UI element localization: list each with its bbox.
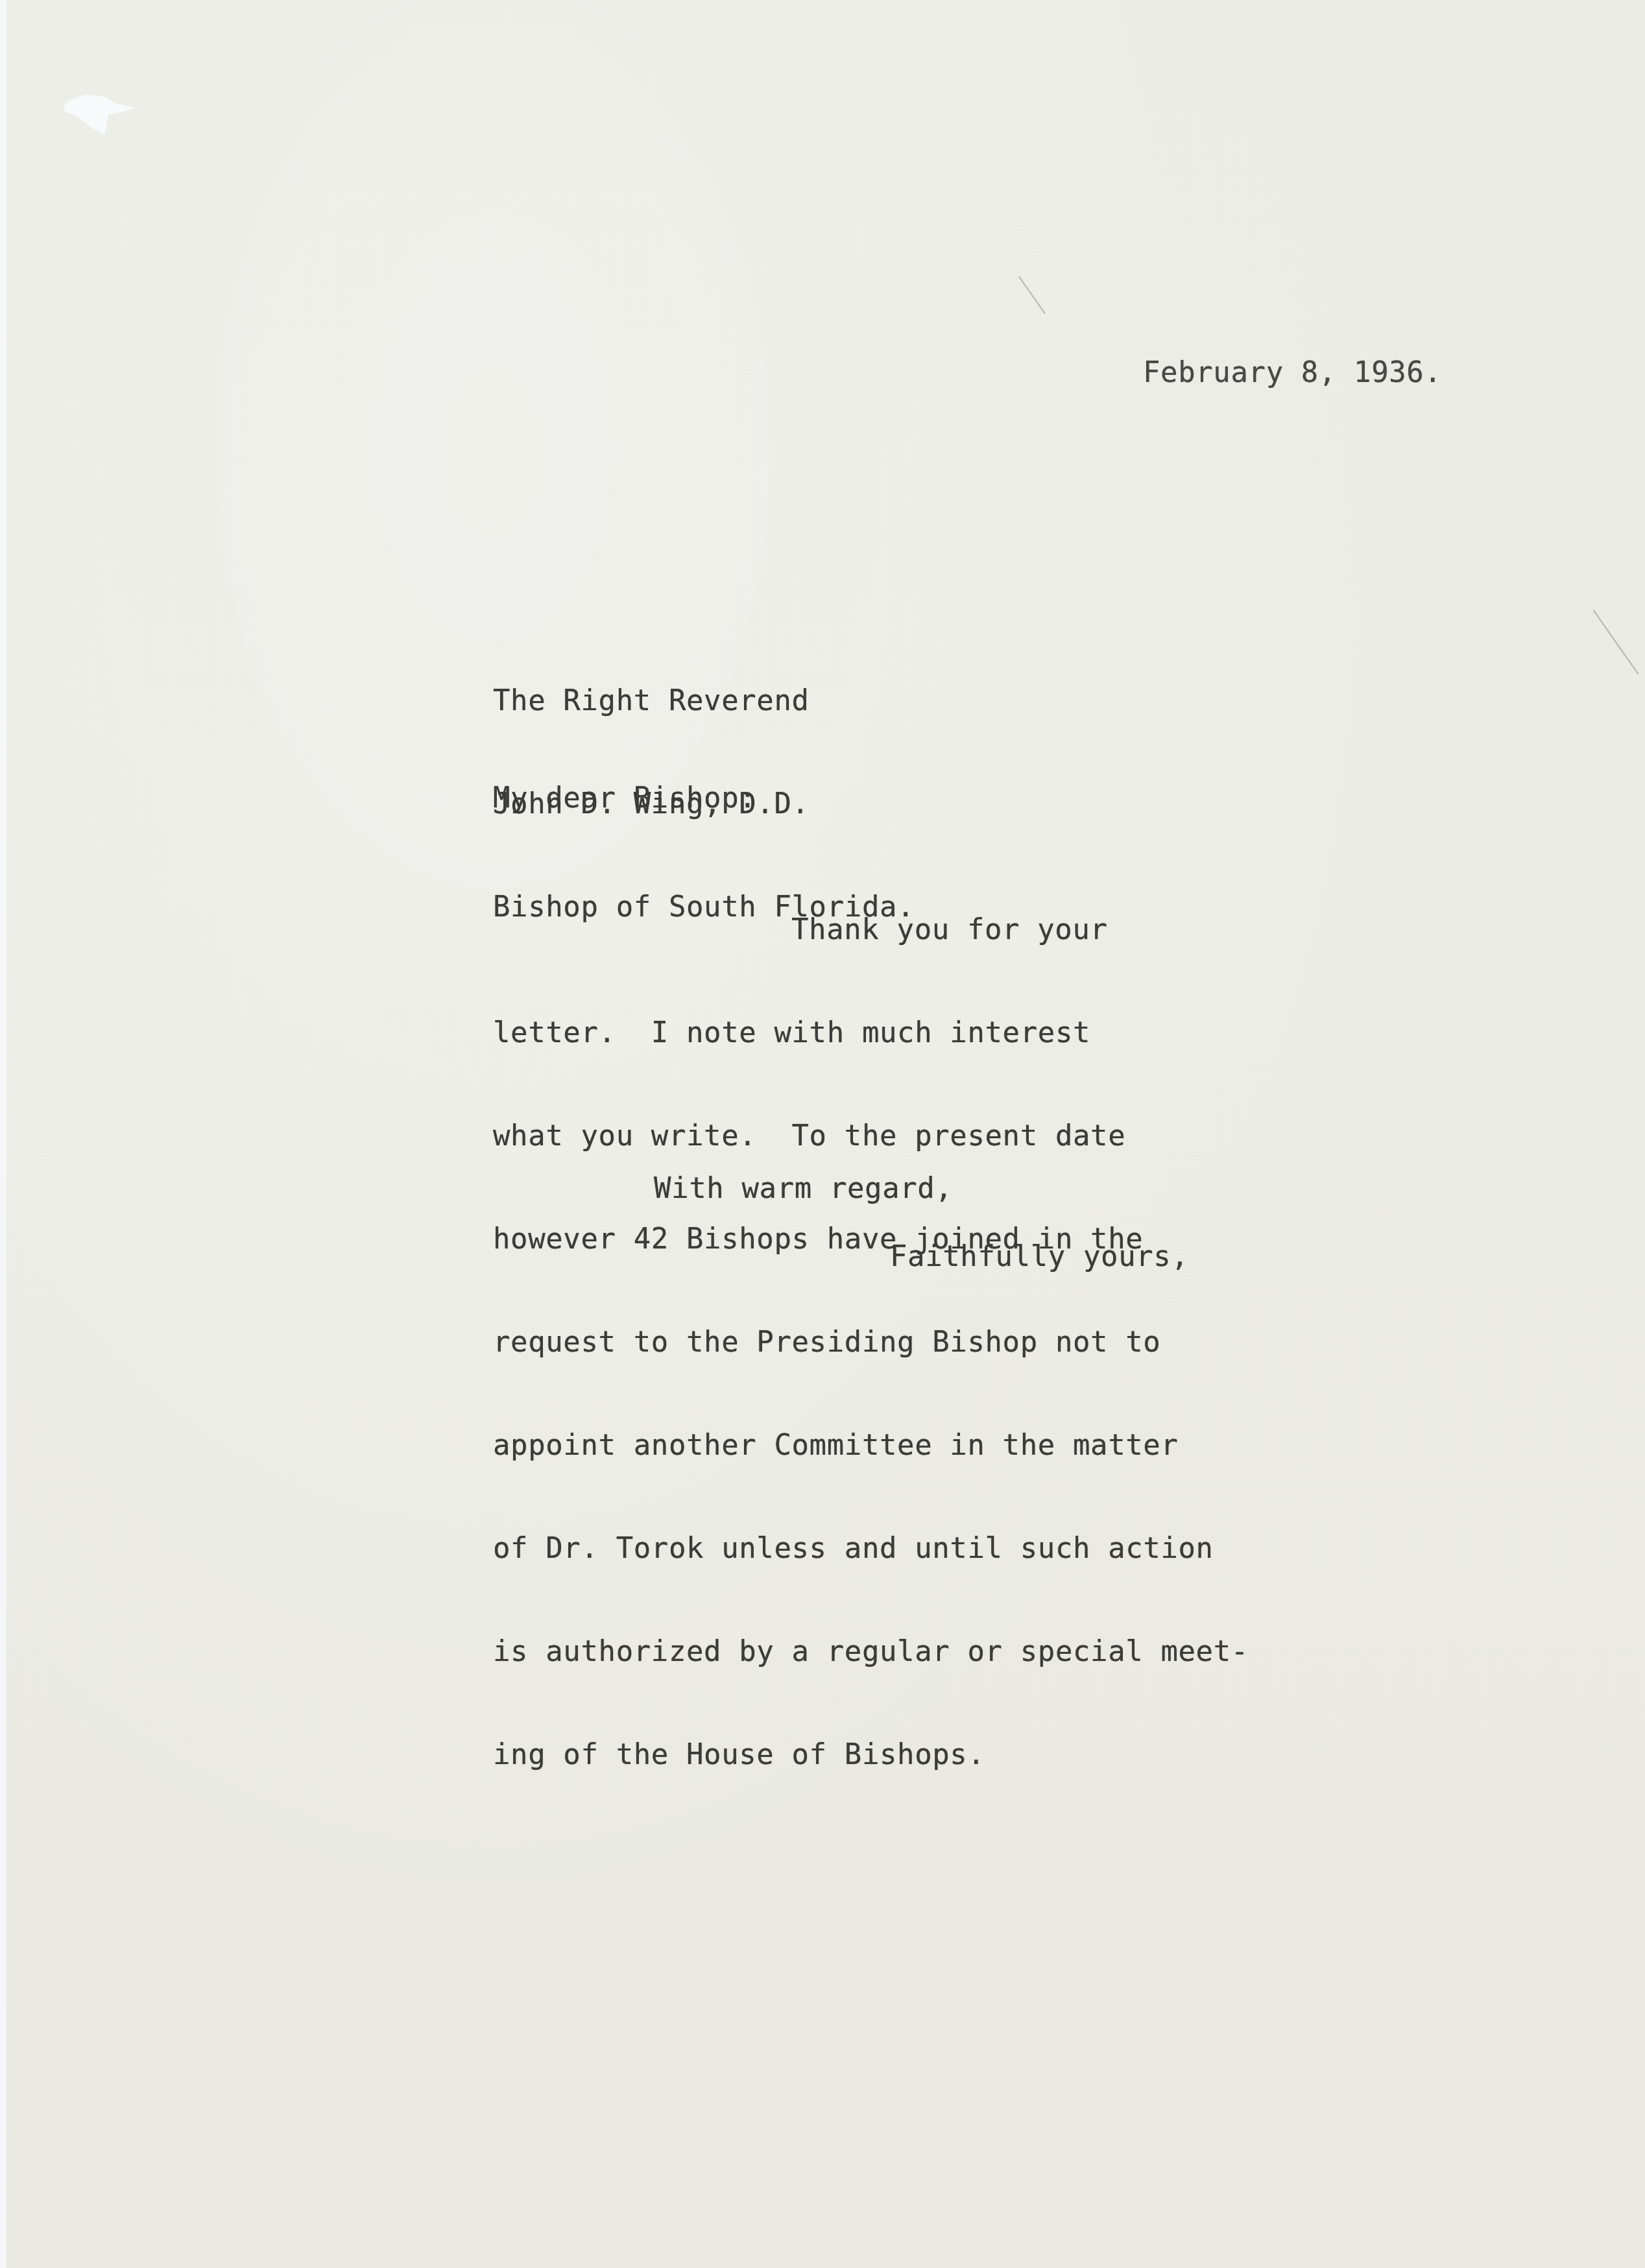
body-line: ing of the House of Bishops. — [493, 1737, 1249, 1772]
body-line: Thank you for your — [493, 913, 1249, 947]
body-line: is authorized by a regular or special me… — [493, 1634, 1249, 1669]
body-line: of Dr. Torok unless and until such actio… — [493, 1531, 1249, 1566]
scan-edge — [0, 0, 6, 2268]
pencil-mark — [1018, 276, 1046, 314]
letter-date: February 8, 1936. — [1143, 355, 1442, 390]
body-line: appoint another Committee in the matter — [493, 1428, 1249, 1462]
salutation: My dear Bishop: — [493, 781, 756, 815]
letter-page: February 8, 1936. The Right Reverend Joh… — [0, 0, 1645, 2268]
letter-body: Thank you for your letter. I note with m… — [493, 844, 1249, 1841]
paper-tear-mark — [62, 92, 139, 137]
pencil-mark — [1593, 610, 1639, 674]
signoff-line: Faithfully yours, — [890, 1239, 1189, 1274]
body-line: letter. I note with much interest — [493, 1016, 1249, 1050]
body-line: what you write. To the present date — [493, 1119, 1249, 1153]
closing-line: With warm regard, — [654, 1171, 953, 1206]
body-line: request to the Presiding Bishop not to — [493, 1325, 1249, 1359]
address-line-title: The Right Reverend — [493, 684, 915, 718]
